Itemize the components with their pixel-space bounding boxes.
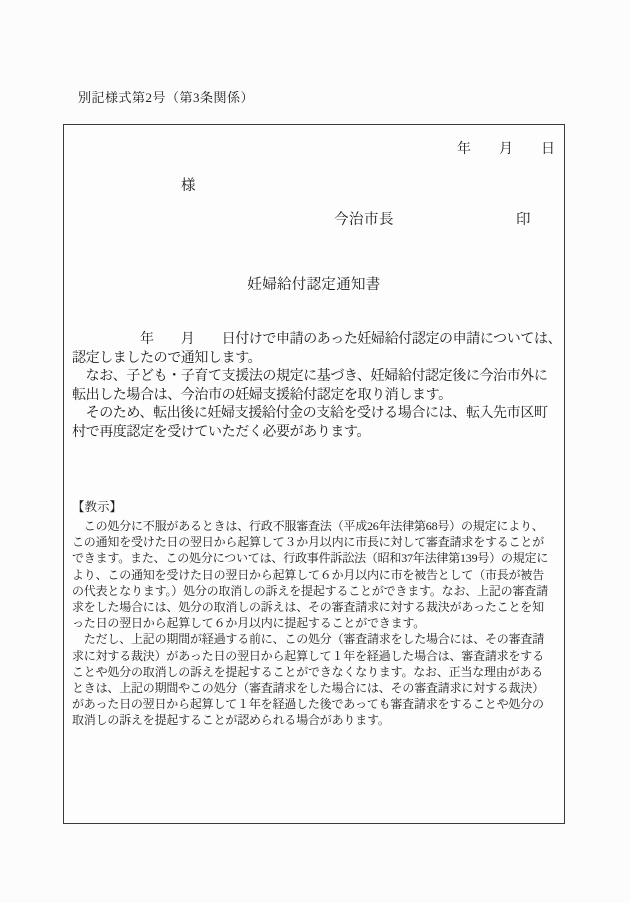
guidance-body-text: この処分に不服があるときは、行政不服審査法（平成26年法律第68号）の規定により… (72, 518, 561, 729)
guidance-heading: 【教示】 (72, 500, 122, 515)
issuer-row: 今治市長 印 (64, 211, 564, 231)
issuer-name: 今治市長 (334, 211, 394, 229)
issue-date-line: 年 月 日 (457, 141, 555, 159)
form-label: 別記様式第2号（第3条関係） (78, 90, 254, 105)
document-page: 別記様式第2号（第3条関係） 年 月 日 様 今治市長 印 妊婦給付認定通知書 … (0, 0, 630, 903)
addressee-honorific: 様 (181, 177, 196, 195)
document-title: 妊婦給付認定通知書 (64, 276, 564, 294)
seal-mark: 印 (516, 211, 531, 229)
notice-box: 年 月 日 様 今治市長 印 妊婦給付認定通知書 年 月 日付けで申請のあった妊… (63, 124, 565, 824)
notice-body-text: 年 月 日付けで申請のあった妊婦給付認定の申請については、 認定しましたので通知… (72, 331, 561, 443)
